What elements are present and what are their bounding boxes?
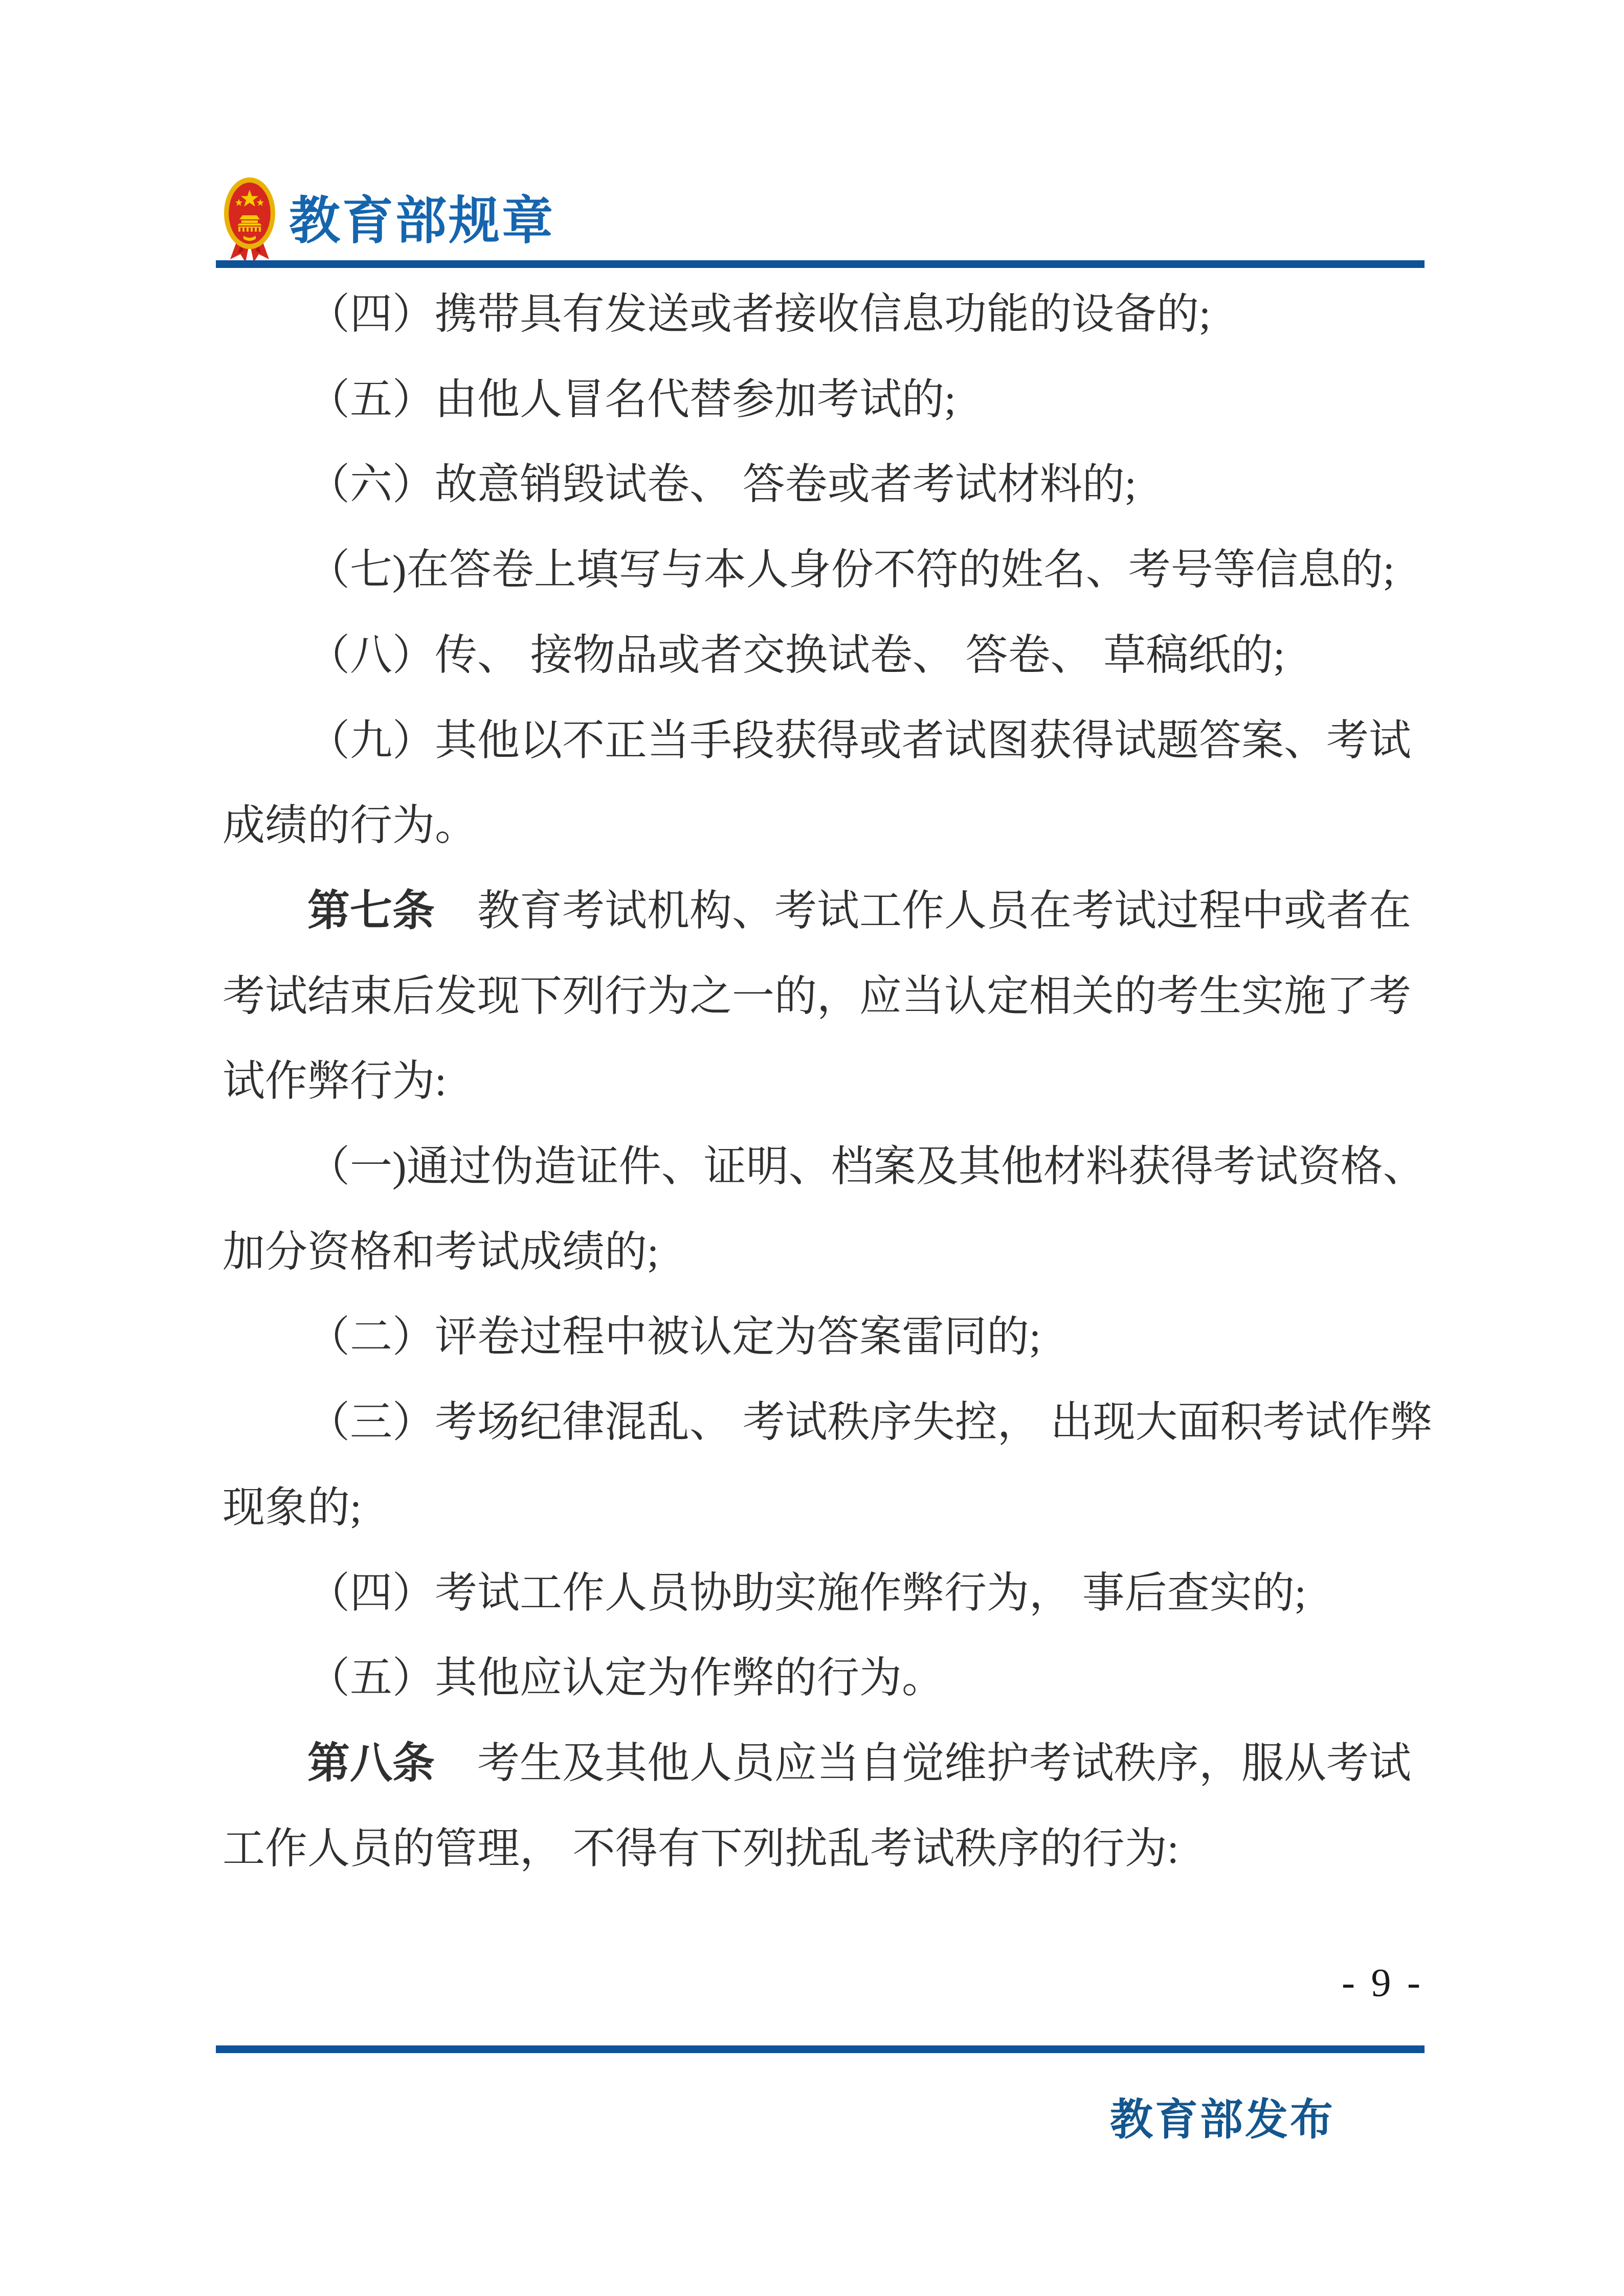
body-line: 试作弊行为:: [223, 1039, 1445, 1124]
body-line: （五）其他应认定为作弊的行为。: [223, 1635, 1445, 1721]
body-line: 加分资格和考试成绩的;: [223, 1209, 1445, 1295]
body-line: 工作人员的管理， 不得有下列扰乱考试秩序的行为:: [223, 1806, 1445, 1892]
body-line: （八）传、 接物品或者交换试卷、 答卷、 草稿纸的;: [223, 613, 1445, 698]
body-line-article-7: 第七条 教育考试机构、考试工作人员在考试过程中或者在: [223, 868, 1445, 954]
body-line: （六）故意销毁试卷、 答卷或者考试材料的;: [223, 442, 1445, 527]
body-line: （二）评卷过程中被认定为答案雷同的;: [223, 1294, 1445, 1380]
regulation-body: （四）携带具有发送或者接收信息功能的设备的; （五）由他人冒名代替参加考试的; …: [223, 272, 1445, 1891]
article-number: 第八条: [307, 1739, 435, 1787]
body-line: （四）考试工作人员协助实施作弊行为， 事后查实的;: [223, 1550, 1445, 1636]
body-line: （九）其他以不正当手段获得或者试图获得试题答案、考试: [223, 698, 1445, 783]
body-line: （七)在答卷上填写与本人身份不符的姓名、考号等信息的;: [223, 527, 1445, 613]
document-header-title: 教育部规章: [289, 188, 555, 255]
prc-national-emblem-icon: [223, 176, 276, 264]
body-line: （一)通过伪造证件、证明、档案及其他材料获得考试资格、: [223, 1124, 1445, 1209]
body-line: 考试结束后发现下列行为之一的，应当认定相关的考生实施了考: [223, 954, 1445, 1039]
document-page: 教育部规章 （四）携带具有发送或者接收信息功能的设备的; （五）由他人冒名代替参…: [0, 0, 1624, 2296]
publisher-label: 教育部发布: [1110, 2085, 1335, 2147]
article-number: 第七条: [307, 887, 435, 934]
body-line: （三）考场纪律混乱、 考试秩序失控， 出现大面积考试作弊: [223, 1380, 1445, 1465]
footer-divider-rule: [216, 2045, 1425, 2053]
page-number: - 9 -: [1342, 1960, 1423, 2006]
body-line: （四）携带具有发送或者接收信息功能的设备的;: [223, 272, 1445, 357]
body-line: 现象的;: [223, 1465, 1445, 1550]
body-line-article-8: 第八条 考生及其他人员应当自觉维护考试秩序，服从考试: [223, 1721, 1445, 1806]
header-divider-rule: [216, 260, 1425, 268]
body-line: 成绩的行为。: [223, 783, 1445, 868]
body-line: （五）由他人冒名代替参加考试的;: [223, 357, 1445, 442]
